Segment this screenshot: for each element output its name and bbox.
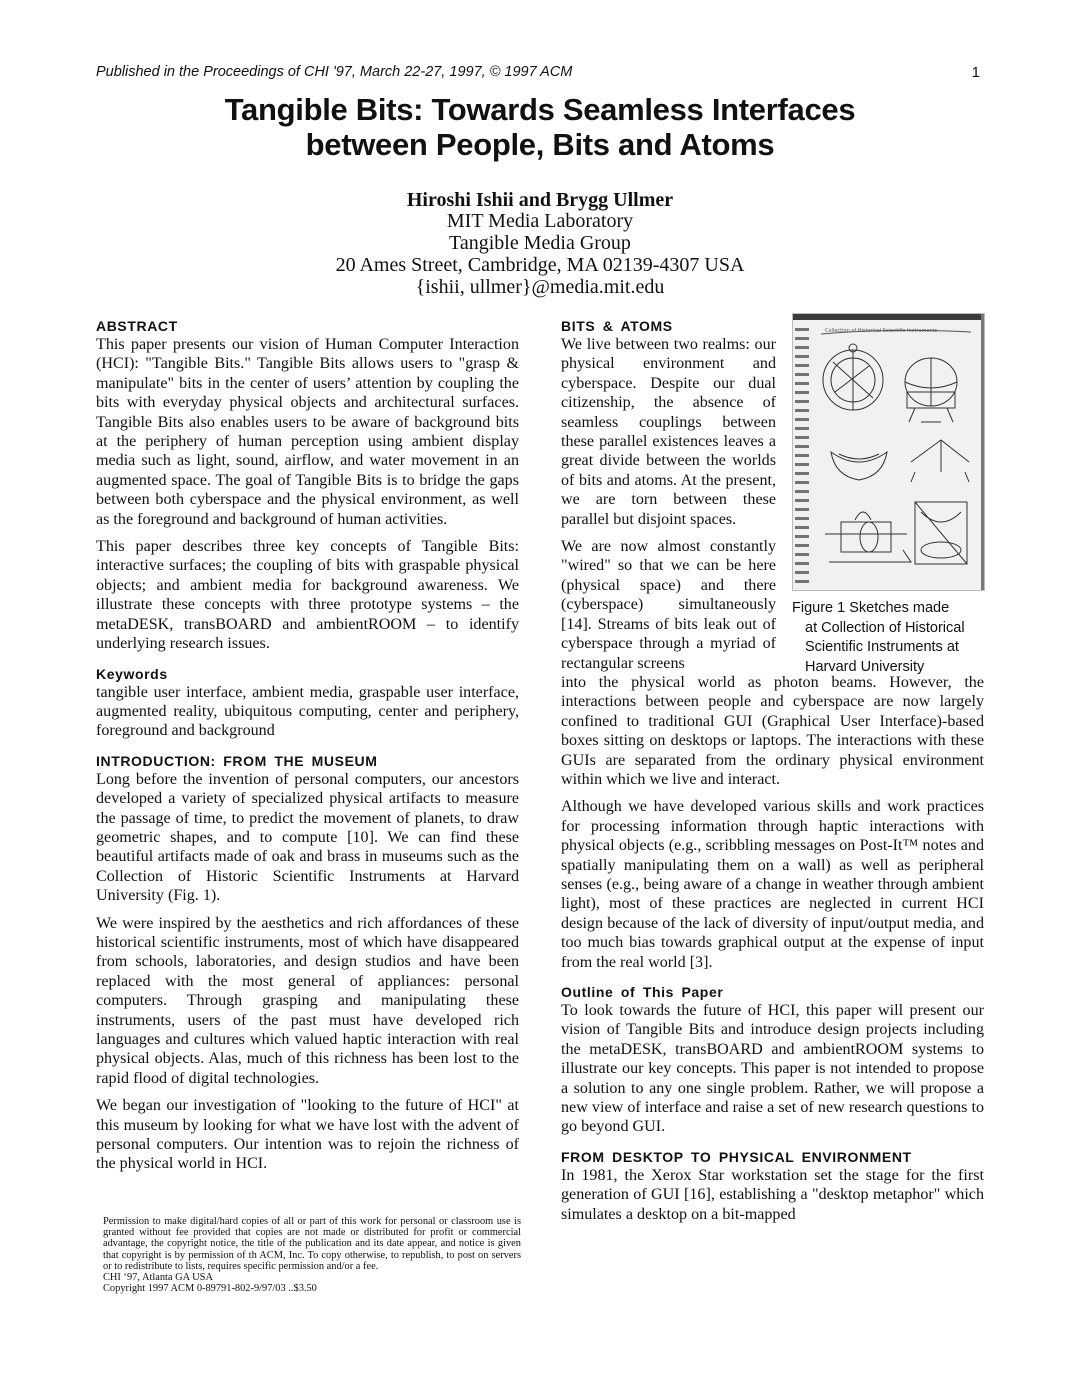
permission-text: Permission to make digital/hard copies o… <box>103 1216 521 1272</box>
abstract-heading: ABSTRACT <box>96 318 519 335</box>
email: {ishii, ullmer}@media.mit.edu <box>240 276 840 298</box>
address: 20 Ames Street, Cambridge, MA 02139-4307… <box>240 254 840 276</box>
permission-notice: Permission to make digital/hard copies o… <box>103 1216 521 1294</box>
figure-1-caption: Figure 1 Sketches made at Collection of … <box>792 599 992 677</box>
conference-info: CHI ‘97, Atlanta GA USA <box>103 1272 521 1283</box>
notebook-edge <box>793 314 984 320</box>
bits-atoms-paragraph-1: We live between two realms: our physical… <box>561 335 776 529</box>
left-column: ABSTRACT This paper presents our vision … <box>96 318 519 1182</box>
copyright-info: Copyright 1997 ACM 0-89791-802-9/97/03 .… <box>103 1283 521 1294</box>
outline-paragraph: To look towards the future of HCI, this … <box>561 1001 984 1137</box>
bits-atoms-paragraph-2b: into the physical world as photon beams.… <box>561 673 984 789</box>
introduction-paragraph-1: Long before the invention of personal co… <box>96 770 519 906</box>
page-number: 1 <box>972 64 980 81</box>
affiliation-lab: MIT Media Laboratory <box>240 210 840 232</box>
spiral-binding-icon <box>795 328 809 586</box>
running-header: Published in the Proceedings of CHI '97,… <box>96 64 980 81</box>
introduction-paragraph-2: We were inspired by the aesthetics and r… <box>96 914 519 1089</box>
figure-1-sketch-image: Collection of Historical Scientific Inst… <box>792 313 985 591</box>
title-line-2: between People, Bits and Atoms <box>80 127 1000 162</box>
caption-line-1: Figure 1 Sketches made <box>792 599 992 619</box>
keywords-heading: Keywords <box>96 666 519 683</box>
affiliation-group: Tangible Media Group <box>240 232 840 254</box>
abstract-paragraph-1: This paper presents our vision of Human … <box>96 335 519 529</box>
desktop-heading: FROM DESKTOP TO PHYSICAL ENVIRONMENT <box>561 1149 984 1166</box>
caption-line-2: at Collection of Historical <box>792 619 992 639</box>
page-shadow <box>981 314 984 590</box>
bits-atoms-paragraph-2a: We are now almost constantly "wired" so … <box>561 537 776 673</box>
instrument-sketches-icon: Collection of Historical Scientific Inst… <box>811 322 979 588</box>
keywords-text: tangible user interface, ambient media, … <box>96 683 519 741</box>
paper-title: Tangible Bits: Towards Seamless Interfac… <box>80 92 1000 162</box>
caption-line-4: Harvard University <box>792 658 992 678</box>
introduction-heading: INTRODUCTION: FROM THE MUSEUM <box>96 753 519 770</box>
introduction-paragraph-3: We began our investigation of "looking t… <box>96 1096 519 1174</box>
abstract-paragraph-2: This paper describes three key concepts … <box>96 537 519 653</box>
outline-heading: Outline of This Paper <box>561 984 984 1001</box>
title-line-1: Tangible Bits: Towards Seamless Interfac… <box>80 92 1000 127</box>
publication-info: Published in the Proceedings of CHI '97,… <box>96 64 572 81</box>
svg-text:Collection of Historical Scien: Collection of Historical Scientific Inst… <box>825 328 938 334</box>
author-block: Hiroshi Ishii and Brygg Ullmer MIT Media… <box>240 190 840 298</box>
desktop-paragraph: In 1981, the Xerox Star workstation set … <box>561 1166 984 1224</box>
bits-atoms-paragraph-3: Although we have developed various skill… <box>561 797 984 972</box>
caption-line-3: Scientific Instruments at <box>792 638 992 658</box>
author-names: Hiroshi Ishii and Brygg Ullmer <box>240 190 840 210</box>
